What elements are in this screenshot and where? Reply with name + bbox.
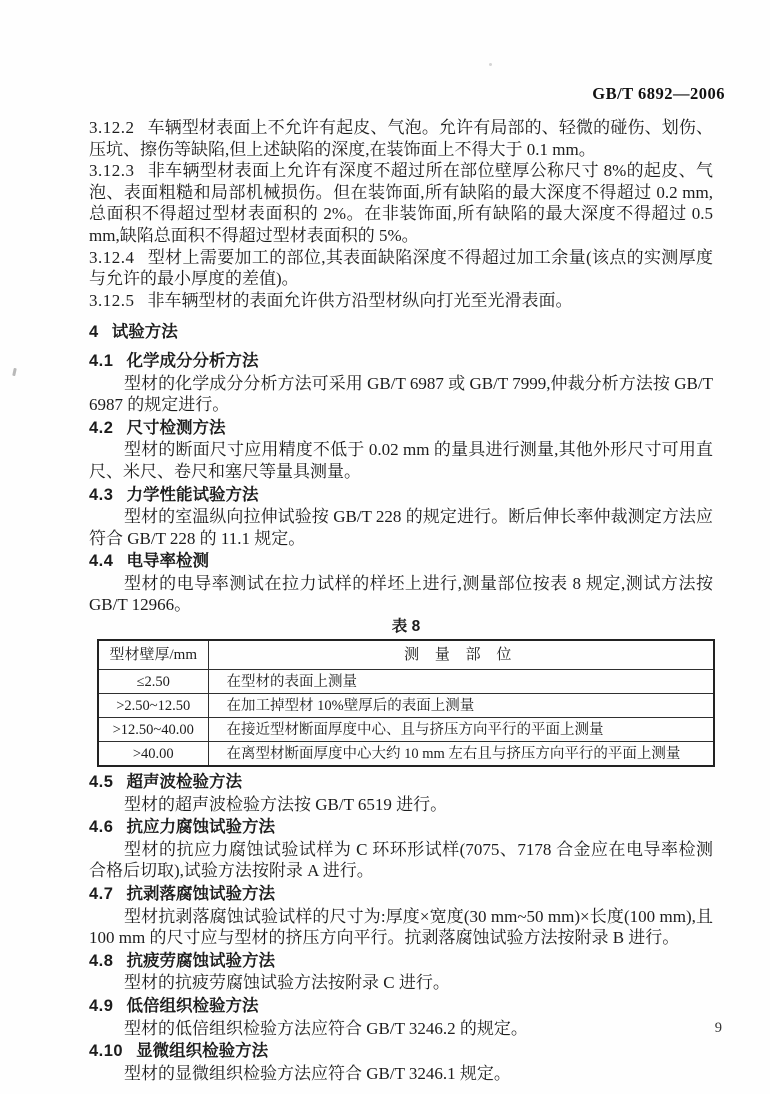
wall-thickness-cell: >2.50~12.50 — [98, 694, 208, 718]
body-paragraph: 型材的超声波检验方法按 GB/T 6519 进行。 — [89, 794, 713, 816]
table-row: ≤2.50 在型材的表面上测量 — [98, 670, 714, 694]
scan-speck — [489, 63, 492, 66]
document-page: GB/T 6892—2006 3.12.2车辆型材表面上不允许有起皮、气泡。允许… — [0, 0, 770, 1094]
section-heading-4-8: 4.8抗疲劳腐蚀试验方法 — [89, 951, 713, 973]
section-heading-4-9: 4.9低倍组织检验方法 — [89, 996, 713, 1018]
body-paragraph: 型材的低倍组织检验方法应符合 GB/T 3246.2 的规定。 — [89, 1018, 713, 1040]
section-number: 4.10 — [89, 1042, 123, 1060]
standard-number-header: GB/T 6892—2006 — [592, 84, 725, 104]
clause-text: 非车辆型材的表面允许供方沿型材纵向打光至光滑表面。 — [148, 291, 573, 310]
clause-number: 3.12.2 — [89, 118, 135, 137]
clause-number: 3.12.5 — [89, 291, 135, 310]
body-paragraph: 型材抗剥落腐蚀试验试样的尺寸为:厚度×宽度(30 mm~50 mm)×长度(10… — [89, 906, 713, 949]
body-paragraph: 型材的断面尺寸应用精度不低于 0.02 mm 的量具进行测量,其他外形尺寸可用直… — [89, 439, 713, 482]
chapter-heading-4: 4试验方法 — [89, 322, 713, 344]
section-number: 4.2 — [89, 419, 113, 437]
wall-thickness-cell: ≤2.50 — [98, 670, 208, 694]
scan-speck — [12, 368, 17, 376]
section-title: 抗剥落腐蚀试验方法 — [126, 885, 275, 903]
table-row: >2.50~12.50 在加工掉型材 10%壁厚后的表面上测量 — [98, 694, 714, 718]
clause-text: 非车辆型材表面上允许有深度不超过所在部位壁厚公称尺寸 8%的起皮、气泡、表面粗糙… — [89, 161, 713, 245]
clause-text: 型材上需要加工的部位,其表面缺陷深度不得超过加工余量(该点的实测厚度与允许的最小… — [89, 248, 713, 289]
body-paragraph: 型材的显微组织检验方法应符合 GB/T 3246.1 规定。 — [89, 1063, 713, 1085]
section-number: 4.5 — [89, 773, 113, 791]
section-heading-4-4: 4.4电导率检测 — [89, 551, 713, 573]
table-row: >12.50~40.00 在接近型材断面厚度中心、且与挤压方向平行的平面上测量 — [98, 718, 714, 742]
section-title: 抗疲劳腐蚀试验方法 — [126, 952, 275, 970]
measurement-location-cell: 在接近型材断面厚度中心、且与挤压方向平行的平面上测量 — [208, 718, 714, 742]
clause-number: 3.12.3 — [89, 161, 135, 180]
table-caption: 表 8 — [97, 617, 715, 637]
body-paragraph: 型材的化学成分分析方法可采用 GB/T 6987 或 GB/T 7999,仲裁分… — [89, 373, 713, 416]
section-title: 超声波检验方法 — [126, 773, 242, 791]
measurement-location-cell: 在离型材断面厚度中心大约 10 mm 左右且与挤压方向平行的平面上测量 — [208, 742, 714, 767]
chapter-number: 4 — [89, 323, 99, 341]
body-paragraph: 型材的室温纵向拉伸试验按 GB/T 228 的规定进行。断后伸长率仲裁测定方法应… — [89, 506, 713, 549]
body-paragraph: 型材的电导率测试在拉力试样的样坯上进行,测量部位按表 8 规定,测试方法按 GB… — [89, 573, 713, 616]
page-number: 9 — [715, 1020, 722, 1037]
section-heading-4-10: 4.10显微组织检验方法 — [89, 1041, 713, 1063]
section-title: 低倍组织检验方法 — [126, 997, 258, 1015]
section-number: 4.6 — [89, 818, 113, 836]
section-number: 4.1 — [89, 352, 113, 370]
clause-3-12-3: 3.12.3非车辆型材表面上允许有深度不超过所在部位壁厚公称尺寸 8%的起皮、气… — [89, 160, 713, 246]
page-content: 3.12.2车辆型材表面上不允许有起皮、气泡。允许有局部的、轻微的碰伤、划伤、压… — [89, 117, 713, 1084]
section-number: 4.7 — [89, 885, 113, 903]
table-header-measurement-location: 测 量 部 位 — [208, 640, 714, 670]
section-number: 4.9 — [89, 997, 113, 1015]
clause-text: 车辆型材表面上不允许有起皮、气泡。允许有局部的、轻微的碰伤、划伤、压坑、擦伤等缺… — [89, 118, 713, 159]
wall-thickness-cell: >12.50~40.00 — [98, 718, 208, 742]
body-paragraph: 型材的抗应力腐蚀试验试样为 C 环环形试样(7075、7178 合金应在电导率检… — [89, 839, 713, 882]
section-title: 力学性能试验方法 — [126, 486, 258, 504]
section-heading-4-6: 4.6抗应力腐蚀试验方法 — [89, 817, 713, 839]
section-number: 4.3 — [89, 486, 113, 504]
measurement-location-table: 型材壁厚/mm 测 量 部 位 ≤2.50 在型材的表面上测量 >2.50~12… — [97, 639, 715, 767]
clause-3-12-5: 3.12.5非车辆型材的表面允许供方沿型材纵向打光至光滑表面。 — [89, 290, 713, 312]
section-heading-4-1: 4.1化学成分分析方法 — [89, 351, 713, 373]
section-heading-4-7: 4.7抗剥落腐蚀试验方法 — [89, 884, 713, 906]
clause-number: 3.12.4 — [89, 248, 135, 267]
table-header-row: 型材壁厚/mm 测 量 部 位 — [98, 640, 714, 670]
measurement-location-cell: 在型材的表面上测量 — [208, 670, 714, 694]
table-header-wall-thickness: 型材壁厚/mm — [98, 640, 208, 670]
chapter-title: 试验方法 — [112, 323, 178, 341]
clause-3-12-2: 3.12.2车辆型材表面上不允许有起皮、气泡。允许有局部的、轻微的碰伤、划伤、压… — [89, 117, 713, 160]
section-title: 尺寸检测方法 — [126, 419, 225, 437]
section-heading-4-3: 4.3力学性能试验方法 — [89, 485, 713, 507]
section-number: 4.4 — [89, 552, 113, 570]
clause-3-12-4: 3.12.4型材上需要加工的部位,其表面缺陷深度不得超过加工余量(该点的实测厚度… — [89, 247, 713, 290]
section-heading-4-2: 4.2尺寸检测方法 — [89, 418, 713, 440]
body-paragraph: 型材的抗疲劳腐蚀试验方法按附录 C 进行。 — [89, 972, 713, 994]
measurement-location-cell: 在加工掉型材 10%壁厚后的表面上测量 — [208, 694, 714, 718]
section-title: 化学成分分析方法 — [126, 352, 258, 370]
section-heading-4-5: 4.5超声波检验方法 — [89, 772, 713, 794]
section-title: 电导率检测 — [126, 552, 209, 570]
section-title: 抗应力腐蚀试验方法 — [126, 818, 275, 836]
section-number: 4.8 — [89, 952, 113, 970]
section-title: 显微组织检验方法 — [136, 1042, 268, 1060]
wall-thickness-cell: >40.00 — [98, 742, 208, 767]
table-row: >40.00 在离型材断面厚度中心大约 10 mm 左右且与挤压方向平行的平面上… — [98, 742, 714, 767]
